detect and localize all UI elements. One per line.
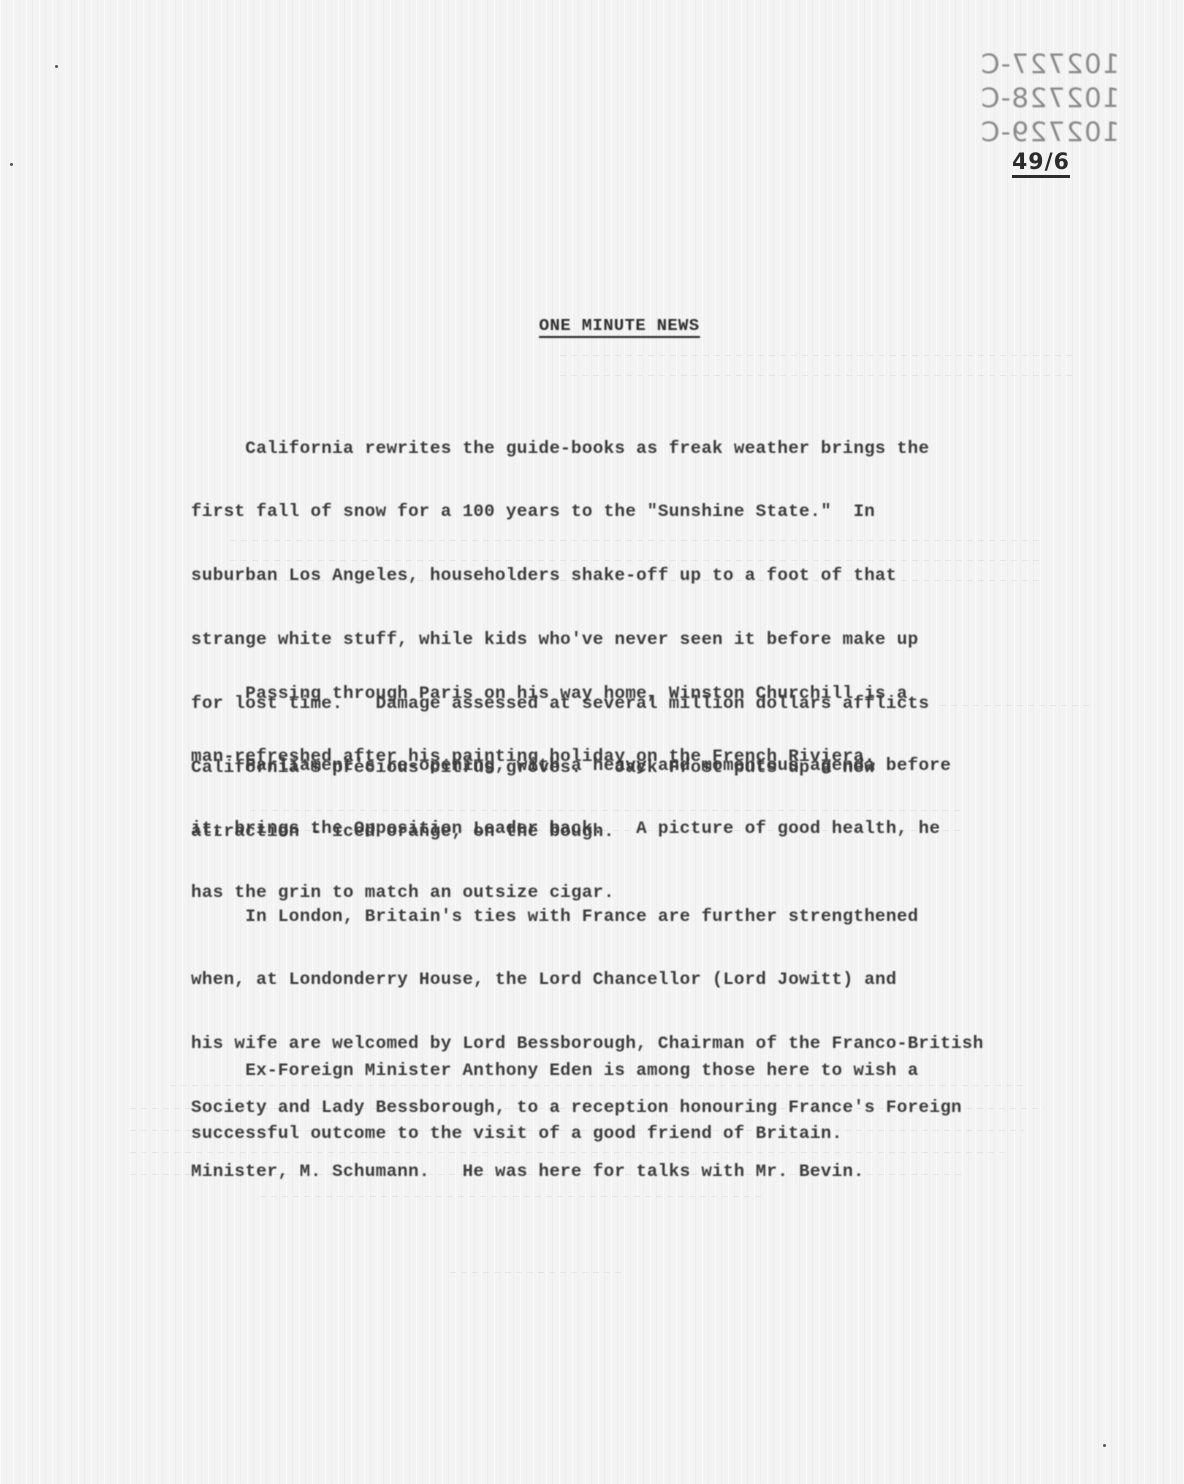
text-line: suburban Los Angeles, householders shake… [191, 566, 1071, 587]
bleed-through-text [560, 375, 1074, 376]
page-number: 49/6 [1012, 152, 1070, 178]
reference-number: 102727-C [980, 48, 1120, 82]
document-page: 102727-C 102728-C 102729-C 49/6 ONE MINU… [0, 0, 1184, 1484]
speck-mark [1103, 1444, 1106, 1447]
text-line: Ex-Foreign Minister Anthony Eden is amon… [191, 1061, 1071, 1082]
document-title: ONE MINUTE NEWS [539, 318, 700, 338]
text-line: when, at Londonderry House, the Lord Cha… [191, 970, 1071, 991]
text-line: Passing through Paris on his way home, W… [191, 684, 1071, 705]
bleed-through-text [450, 1272, 624, 1273]
speck-mark [10, 163, 13, 166]
text-line: it, brings the Opposition Leader back. A… [191, 819, 1071, 840]
reference-number: 102729-C [980, 116, 1120, 150]
text-line: Parliament's re-opening, with a heavy an… [191, 756, 1071, 777]
text-line: successful outcome to the visit of a goo… [191, 1124, 1071, 1145]
speck-mark [55, 65, 58, 68]
handwritten-reference-numbers: 102727-C 102728-C 102729-C [950, 48, 1120, 150]
news-item-eden: Ex-Foreign Minister Anthony Eden is amon… [191, 1018, 1071, 1188]
bleed-through-text [560, 355, 1074, 356]
text-line: California rewrites the guide-books as f… [191, 439, 1071, 460]
reference-number: 102728-C [980, 82, 1120, 116]
text-line: first fall of snow for a 100 years to th… [191, 502, 1071, 523]
text-line: In London, Britain's ties with France ar… [191, 907, 1071, 928]
